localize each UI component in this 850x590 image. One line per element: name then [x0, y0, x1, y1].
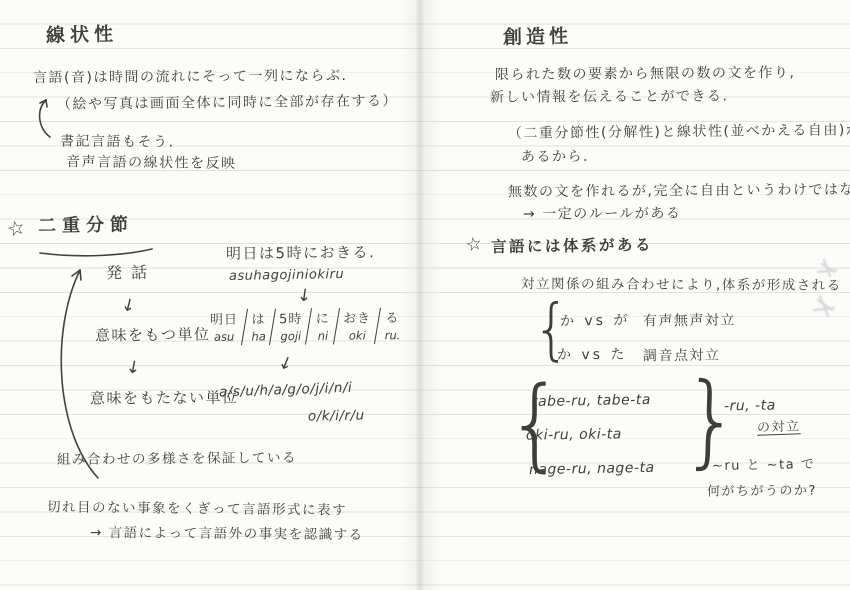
right-para1-line2: 新しい情報を伝えることができる. [490, 88, 729, 105]
pair-row-1-left: か vs が [560, 312, 631, 329]
pair-row-2-left: か vs た [557, 347, 628, 364]
down-arrow-icon: ↓ [124, 358, 141, 380]
left-section-note: 組み合わせの多様さを保証している [57, 451, 297, 469]
segment-jp: る [385, 307, 399, 326]
right-para3-line2: → 一定のルールがある [523, 206, 681, 223]
example-sentence: 明日は5時におきる. [226, 244, 375, 263]
star-marker-icon: ☆ [464, 234, 484, 258]
segment-jp: 5時 [279, 308, 302, 327]
segment-cell: 明日 asu [207, 309, 241, 344]
verbs-note-opposition: の対立 [757, 420, 801, 436]
left-line-3: 書記言語もそう. [60, 134, 175, 151]
pair-row-1-right: 有声無声対立 [643, 313, 736, 330]
right-section-heading: 言語には体系がある [491, 237, 653, 257]
phoneme-line-2: o/k/i/r/u [308, 409, 365, 426]
segment-romaji: goji [280, 329, 301, 343]
left-line-4: 音声言語の線状性を反映 [66, 154, 237, 172]
segment-cell: おき oki [340, 307, 374, 342]
phoneme-line-1: a/s/u/h/a/g/o/j/i/n/i [219, 381, 353, 401]
segment-romaji: oki [349, 328, 366, 342]
down-arrow-icon: ↓ [275, 353, 296, 376]
flow-step-meaningless-units: 意味をもたない単位 [90, 389, 239, 407]
heading-underline [40, 249, 152, 256]
right-page-title: 創造性 [503, 26, 572, 49]
brace-open-icon: { [506, 373, 565, 474]
left-bottom-line-1: 切れ目のない事象をくぎって言語形式に表す [47, 500, 347, 519]
down-arrow-icon: ↓ [296, 286, 313, 307]
down-arrow-icon: ↓ [119, 296, 138, 318]
segment-jp: おき [343, 307, 371, 326]
left-bottom-line-2: → 言語によって言語外の事実を認識する [90, 526, 364, 544]
left-section-heading: 二重分節 [38, 215, 134, 237]
curved-up-arrow-icon [40, 100, 50, 137]
segment-jp: 明日 [210, 309, 238, 328]
star-marker-icon: ☆ [4, 215, 27, 242]
flow-step-meaningful-units: 意味をもつ単位 [95, 326, 211, 344]
example-romaji: asuhagojiniokiru [229, 268, 344, 285]
right-para2-line1: （二重分節性(分解性)と線状性(並べかえる自由)が [508, 122, 850, 142]
right-para2-line2: あるから. [521, 149, 589, 165]
segment-jp: は [251, 308, 265, 327]
verbs-question-line1: ~ru と ~ta で [712, 458, 816, 475]
segmented-word-row: 明日 asu は ha 5時 goji に ni おき oki る ru. [207, 307, 404, 346]
right-para3-line1: 無数の文を作れるが,完全に自由というわけではない. [508, 182, 850, 201]
page-crease [416, 0, 424, 590]
verb-row-1: tabe-ru, tabe-ta [532, 392, 651, 410]
segment-divider [333, 308, 340, 345]
left-line-2: （絵や写真は画面全体に同時に全部が存在する） [57, 93, 398, 113]
segment-cell: る ru. [381, 307, 403, 342]
segment-cell: は ha [248, 308, 269, 343]
segment-romaji: ha [251, 329, 265, 343]
verb-row-3: nage-ru, nage-ta [529, 460, 655, 478]
segment-romaji: ru. [385, 328, 401, 342]
left-line-1: 言語(音)は時間の流れにそって一列にならぶ. [33, 68, 347, 86]
segment-divider [269, 308, 276, 345]
long-curved-up-arrow-icon [61, 270, 98, 478]
brace-close-icon: } [680, 369, 742, 472]
segment-romaji: ni [318, 329, 329, 343]
segment-jp: に [316, 308, 330, 327]
verb-row-2: oki-ru, oki-ta [526, 426, 622, 443]
notebook-spread: 線状性 言語(音)は時間の流れにそって一列にならぶ. （絵や写真は画面全体に同時… [0, 0, 850, 590]
segment-romaji: asu [214, 330, 234, 344]
segment-cell: に ni [313, 308, 333, 343]
left-page-title: 線状性 [46, 24, 118, 47]
right-para1-line1: 限られた数の要素から無限の数の文を作り, [495, 65, 796, 83]
verbs-note-suffixes: -ru, -ta [724, 398, 776, 415]
segment-cell: 5時 goji [276, 308, 306, 343]
flow-step-utterance: 発話 [106, 264, 156, 283]
verbs-question-line2: 何がちがうのか? [707, 485, 817, 501]
